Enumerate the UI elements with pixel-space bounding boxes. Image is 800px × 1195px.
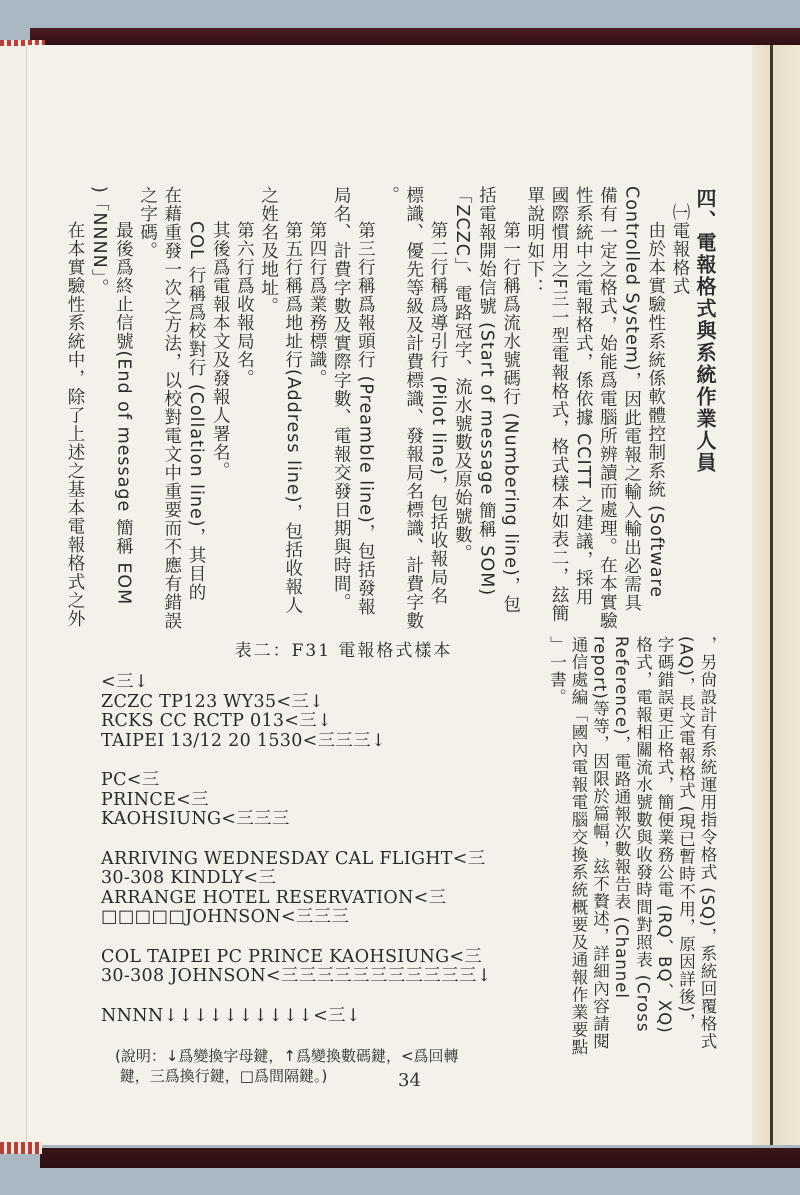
text-column: 第五行稱爲地址行(Address line)，包括收報人 [280,186,306,615]
telegram-line: ZCZC TP123 WY35<三↓ [101,693,531,713]
line-group-spacer [101,830,531,850]
text-column: 最後爲終止信號(End of message 簡稱 EOM [110,186,136,605]
text-column: 單說明如下： [522,186,548,297]
text-column: 其後爲電報本文及發報人署名。 [207,186,233,480]
telegram-line: <三↓ [101,673,531,693]
telegram-line: 30-308 KINDLY<三 [101,869,531,889]
text-column: 備有一定之格式，始能爲電腦所辨讀而處理。在本實驗 [594,186,620,630]
text-column: 」一書。 [544,636,570,706]
telegram-line: KAOHSIUNG<三三三 [101,810,531,830]
text-column: COL 行稱爲校對行 (Collation line)，其目的 [183,186,209,602]
table-note-line2: 鍵，三爲換行鍵，□爲間隔鍵。) [115,1067,327,1085]
section-title: 四、電報格式與系統作業人員 [692,188,718,474]
telegram-line: ARRIVING WEDNESDAY CAL FLIGHT<三 [101,850,531,870]
book-cover-bottom-edge [40,1148,800,1168]
page-number: 34 [398,1070,421,1091]
telegram-line: TAIPEI 13/12 20 1530<三三三↓ [101,732,531,752]
text-column: Controlled System)，因此電報之輸入輸出必需具 [619,186,645,612]
text-column: 局名、計費字數及實際字數、電報交發日期與時間。 [328,186,354,612]
telegram-line: □□□□□JOHNSON<三三三 [101,908,531,928]
telegram-line: COL TAIPEI PC PRINCE KAOHSIUNG<三 [101,948,531,968]
text-column: 之字碼。 [135,186,161,260]
text-column: 之姓名及地址。 [256,186,282,316]
text-column: 。 [377,186,403,205]
book-cover-top-edge [30,28,800,46]
text-column: ㈠電報格式 [667,186,693,296]
telegram-line: NNNN↓↓↓↓↓↓↓↓↓↓<三↓ [101,1007,531,1027]
page-fore-edge [752,45,800,1145]
headband-bottom [0,1142,42,1154]
text-column: 括電報開始信號 (Start of message 簡稱 SOM) [473,186,499,596]
line-group-spacer [101,987,531,1007]
telegram-line: RCKS CC RCTP 013<三↓ [101,712,531,732]
telegram-line: ARRANGE HOTEL RESERVATION<三 [101,889,531,909]
text-column: 第三行稱爲報頭行 (Preamble line)，包括發報 [352,186,378,616]
telegram-line: 30-308 JOHNSON<三三三三三三三三三三三↓ [101,967,531,987]
table-note-line1: (說明：↓爲變換字母鍵，↑爲變換數碼鍵，<爲回轉 [115,1047,459,1065]
text-column: 性系統中之電報格式，係依據 CCITT 之建議，採用 [570,186,596,606]
line-group-spacer [101,751,531,771]
text-column: 第四行爲業務標識。 [304,186,330,388]
text-column: )「NNNN」。 [86,186,112,297]
text-column: 第六行爲收報局名。 [231,186,257,388]
text-column: 「ZCZC」、電路冠字、流水號數及原始號數。 [449,186,475,563]
table-f31-telegram-sample: 表二：F31 電報格式樣本 <三↓ZCZC TP123 WY35<三↓RCKS … [101,636,531,1086]
text-column: 國際慣用之F三一型電報格式，格式樣本如表二，玆簡 [546,186,572,623]
text-column: 第二行稱爲導引行 (Pilot line)，包括收報局名 [425,186,451,605]
table-note: (說明：↓爲變換字母鍵，↑爲變換數碼鍵，<爲回轉 鍵，三爲換行鍵，□爲間隔鍵。) [101,1046,531,1086]
telegram-sample-lines: <三↓ZCZC TP123 WY35<三↓RCKS CC RCTP 013<三↓… [101,673,531,1026]
facing-page-edge [0,46,27,1144]
line-group-spacer [101,928,531,948]
telegram-line: PC<三 [101,771,531,791]
table-title: 表二：F31 電報格式樣本 [101,636,531,661]
text-column: 標識、優先等級及計費標識、發報局名標識、計費字數 [401,186,427,630]
text-column: 由於本實驗性系統係軟體控制系統 (Software [643,186,669,598]
text-column: 第一行稱爲流水號碼行 (Numbering line)，包 [498,186,524,614]
telegram-line: PRINCE<三 [101,791,531,811]
text-column: 在本實驗性系統中，除了上述之基本電報格式之外 [62,186,88,628]
text-column: 在藉重發一次之方法，以校對電文中重要而不應有錯誤 [159,186,185,630]
